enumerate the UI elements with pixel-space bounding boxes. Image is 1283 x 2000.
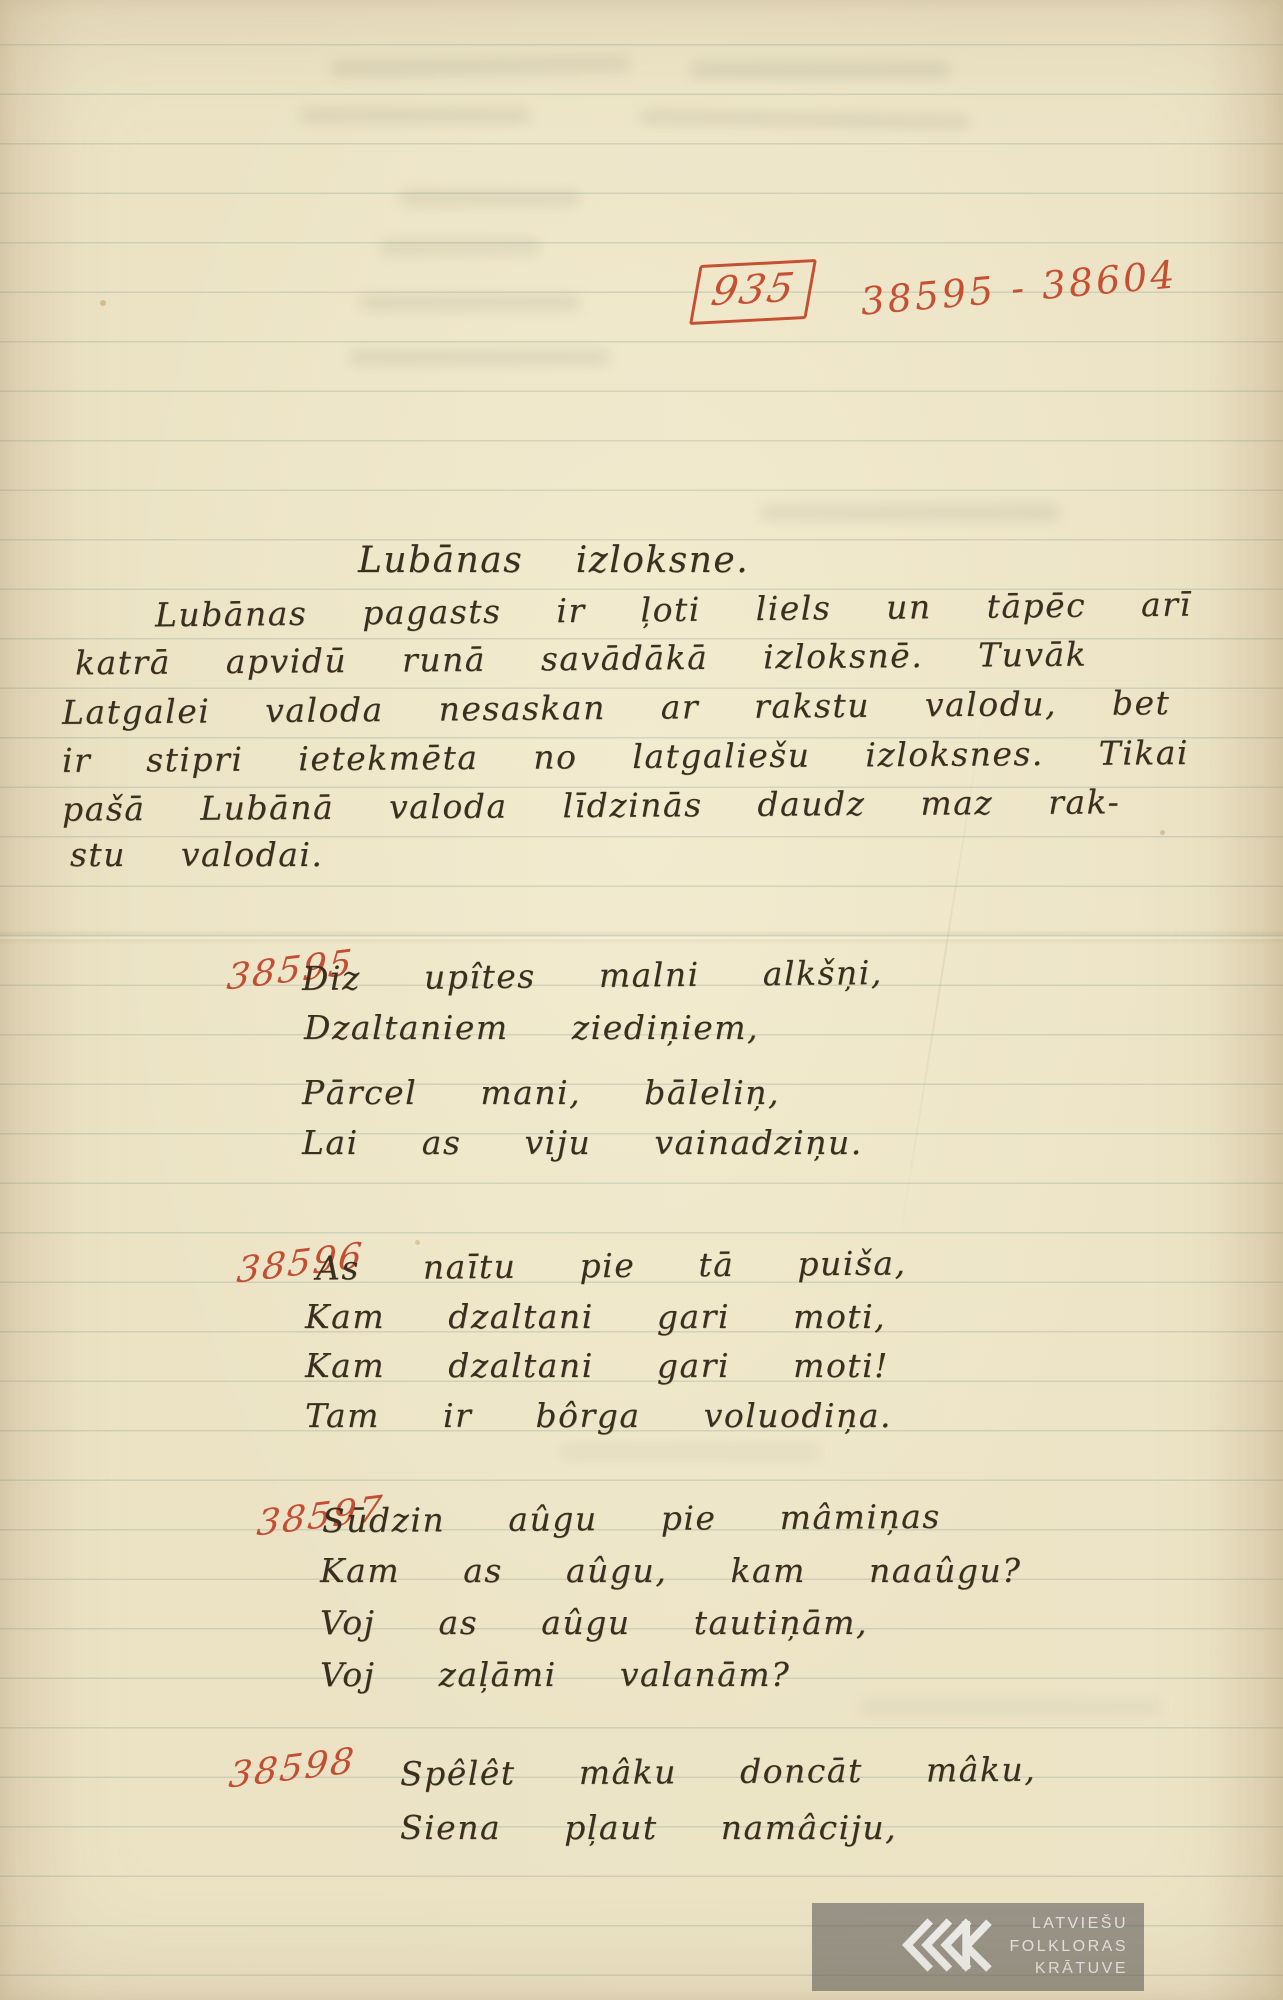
document-title: Lubānas izloksne. (358, 540, 749, 581)
bleed-through-smudge (690, 62, 950, 78)
verse-line: As naītu pie tā puiša, (316, 1243, 907, 1287)
bleed-through-smudge (350, 350, 610, 365)
verse-line: Kam dzaltani gari moti, (305, 1297, 886, 1336)
verse-line: Diz upîtes malni alkšņi, (302, 953, 883, 998)
page-number-box: 935 (689, 259, 817, 325)
archive-name: LATVIEŠU FOLKLORAS KRĀTUVE (1009, 1913, 1128, 1980)
intro-line: ir stipri ietekmēta no latgaliešu izloks… (62, 733, 1189, 780)
verse-line: Voj zaļāmi valanām? (320, 1655, 790, 1694)
fold-crease (0, 930, 1283, 944)
intro-line: katrā apvidū runā savādākā izloksnē. Tuv… (75, 635, 1088, 683)
verse-line: Pārcel mani, bāleliņ, (302, 1073, 780, 1112)
archive-watermark: LATVIEŠU FOLKLORAS KRĀTUVE (812, 1903, 1144, 1991)
item-number-range: 38595 - 38604 (859, 252, 1179, 324)
verse-line: Kam dzaltani gari moti! (305, 1346, 889, 1385)
intro-line: Latgalei valoda nesaskan ar rakstu valod… (62, 683, 1171, 732)
bleed-through-smudge (330, 55, 630, 76)
bleed-through-smudge (560, 1445, 820, 1459)
bleed-through-smudge (400, 190, 580, 205)
verse-line: Dzaltaniem ziediņiem, (304, 1008, 759, 1047)
verse-line: Lai as viju vainadziņu. (302, 1123, 863, 1162)
bleed-through-smudge (760, 505, 1060, 520)
bleed-through-smudge (300, 108, 530, 123)
bleed-through-smudge (360, 295, 580, 310)
archive-name-line: FOLKLORAS (1009, 1936, 1128, 1958)
verse-number: 38598 (227, 1741, 357, 1797)
paper-stain (100, 300, 106, 306)
archive-name-line: KRĀTUVE (1009, 1958, 1128, 1980)
bleed-through-smudge (380, 240, 540, 254)
verse-line: Sūdzin aûgu pie mâmiņas (322, 1497, 941, 1540)
verse-line: Voj as aûgu tautiņām, (320, 1603, 868, 1642)
lfk-chevrons-logo-icon (899, 1916, 995, 1978)
bleed-through-smudge (640, 109, 970, 130)
verse-line: Kam as aûgu, kam naaûgu? (320, 1551, 1021, 1590)
intro-line: pašā Lubānā valoda līdzinās daudz maz ra… (62, 782, 1120, 828)
intro-line: stu valodai. (70, 835, 323, 874)
bleed-through-smudge (860, 1700, 1160, 1714)
verse-line: Tam ir bôrga voluodiņa. (305, 1396, 892, 1435)
intro-line: Lubānas pagasts ir ļoti liels un tāpēc a… (155, 585, 1192, 635)
verse-line: Spêlêt mâku doncāt mâku, (400, 1750, 1036, 1793)
paper-stain (1160, 830, 1165, 835)
manuscript-page: 935 38595 - 38604 Lubānas izloksne. Lubā… (0, 0, 1283, 2000)
paper-stain (415, 1240, 420, 1245)
page-number: 935 (708, 265, 799, 315)
verse-line: Siena pļaut namâciju, (400, 1808, 897, 1847)
archive-name-line: LATVIEŠU (1009, 1913, 1128, 1935)
